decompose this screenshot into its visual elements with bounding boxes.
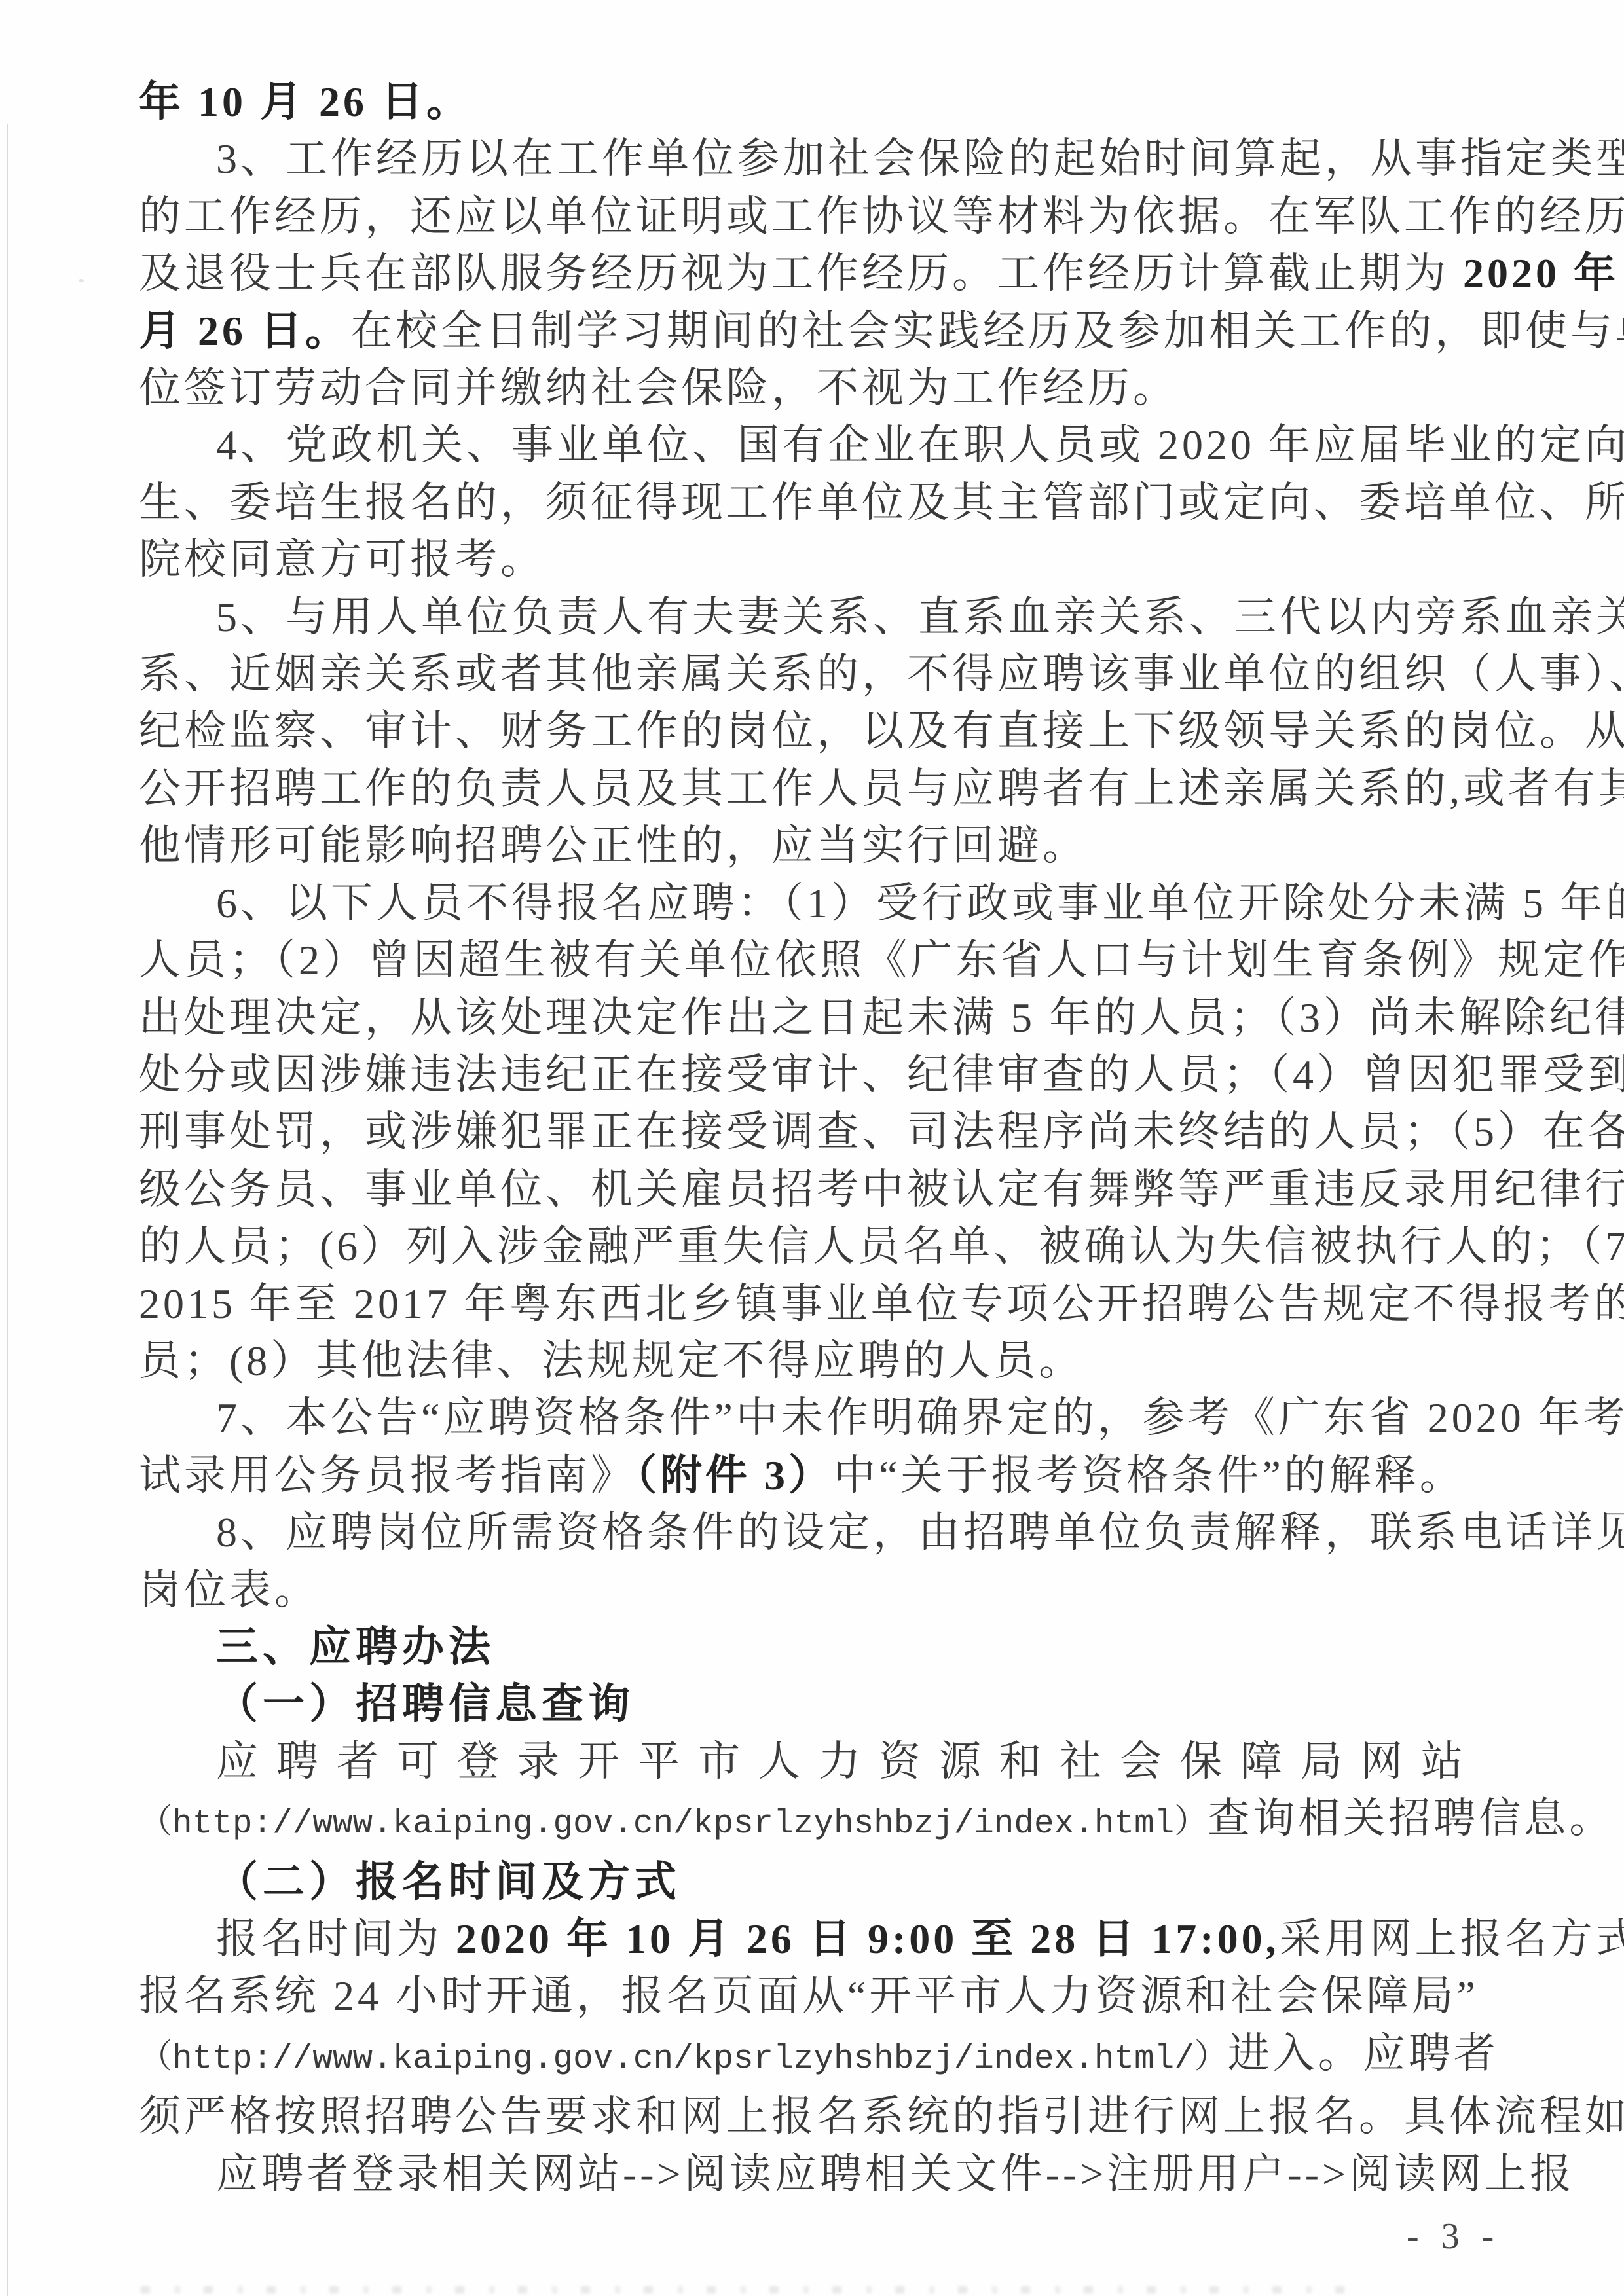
text-line: 年 10 月 26 日。	[139, 73, 1509, 130]
text-line: 出处理决定，从该处理决定作出之日起未满 5 年的人员；（3）尚未解除纪律	[139, 989, 1509, 1046]
text-line: 他情形可能影响招聘公正性的，应当实行回避。	[139, 817, 1509, 874]
text-segment: 查询相关招聘信息。	[1208, 1795, 1614, 1842]
text-line: 的工作经历，还应以单位证明或工作协议等材料为依据。在军队工作的经历以	[139, 188, 1509, 245]
url-text: （http://www.kaiping.gov.cn/kpsrlzyhshbzj…	[139, 2041, 1228, 2078]
text-line: 5、与用人单位负责人有夫妻关系、直系血亲关系、三代以内旁系血亲关	[139, 589, 1509, 646]
text-segment: 4、党政机关、事业单位、国有企业在职人员或 2020 年应届毕业的定向	[216, 422, 1624, 468]
text-segment: 生、委培生报名的，须征得现工作单位及其主管部门或定向、委培单位、所在	[139, 479, 1624, 526]
text-line: 刑事处罚，或涉嫌犯罪正在接受调查、司法程序尚未终结的人员；（5）在各	[139, 1103, 1509, 1160]
text-line: 应聘者登录相关网站-->阅读应聘相关文件-->注册用户-->阅读网上报	[139, 2145, 1509, 2202]
heading-line: （二）报名时间及方式	[139, 1853, 1509, 1910]
text-segment: 公开招聘工作的负责人员及其工作人员与应聘者有上述亲属关系的,或者有其	[139, 765, 1624, 812]
text-line: 2015 年至 2017 年粤东西北乡镇事业单位专项公开招聘公告规定不得报考的人	[139, 1275, 1509, 1332]
text-line: 及退役士兵在部队服务经历视为工作经历。工作经历计算截止期为 2020 年 10	[139, 245, 1509, 302]
text-line: 处分或因涉嫌违法违纪正在接受审计、纪律审查的人员；（4）曾因犯罪受到	[139, 1046, 1509, 1103]
text-segment: 的人员；(6）列入涉金融严重失信人员名单、被确认为失信被执行人的；（7）	[139, 1223, 1624, 1269]
text-segment: 的工作经历，还应以单位证明或工作协议等材料为依据。在军队工作的经历以	[139, 193, 1624, 240]
text-line: 3、工作经历以在工作单位参加社会保险的起始时间算起，从事指定类型	[139, 130, 1509, 187]
scan-artifact-dot	[79, 279, 84, 282]
text-line: 月 26 日。在校全日制学习期间的社会实践经历及参加相关工作的，即使与单	[139, 302, 1509, 359]
text-segment: 3、工作经历以在工作单位参加社会保险的起始时间算起，从事指定类型	[216, 136, 1624, 182]
text-segment: （二）报名时间及方式	[216, 1858, 681, 1905]
text-segment: 三、应聘办法	[216, 1623, 495, 1670]
text-segment: 系、近姻亲关系或者其他亲属关系的，不得应聘该事业单位的组织（人事）、	[139, 651, 1624, 697]
heading-line: （一）招聘信息查询	[139, 1675, 1509, 1732]
text-segment: 年 10 月 26 日。	[139, 79, 471, 125]
text-line: 报名系统 24 小时开通，报名页面从“开平市人力资源和社会保障局”	[139, 1967, 1509, 2024]
text-segment: 7、本公告“应聘资格条件”中未作明确界定的，参考《广东省 2020 年考	[216, 1394, 1624, 1441]
document-text-block: 年 10 月 26 日。3、工作经历以在工作单位参加社会保险的起始时间算起，从事…	[139, 73, 1509, 2202]
text-segment: 岗位表。	[139, 1567, 320, 1613]
text-line: 应聘者可登录开平市人力资源和社会保障局网站	[139, 1733, 1509, 1790]
text-segment: 位签订劳动合同并缴纳社会保险，不视为工作经历。	[139, 365, 1178, 411]
text-segment: 他情形可能影响招聘公正性的，应当实行回避。	[139, 822, 1088, 869]
url-text: （http://www.kaiping.gov.cn/kpsrlzyhshbzj…	[139, 1806, 1208, 1843]
text-segment: 8、应聘岗位所需资格条件的设定，由招聘单位负责解释，联系电话详见	[216, 1509, 1624, 1556]
text-line: 员；(8）其他法律、法规规定不得应聘的人员。	[139, 1332, 1509, 1389]
text-line: 4、党政机关、事业单位、国有企业在职人员或 2020 年应届毕业的定向	[139, 416, 1509, 473]
text-segment: 及退役士兵在部队服务经历视为工作经历。工作经历计算截止期为	[139, 250, 1463, 297]
text-segment: 5、与用人单位负责人有夫妻关系、直系血亲关系、三代以内旁系血亲关	[216, 594, 1624, 640]
text-line: 报名时间为 2020 年 10 月 26 日 9:00 至 28 日 17:00…	[139, 1910, 1509, 1967]
text-segment: 试录用公务员报考指南》	[139, 1452, 636, 1499]
text-line: 7、本公告“应聘资格条件”中未作明确界定的，参考《广东省 2020 年考	[139, 1389, 1509, 1446]
text-segment: 进入。应聘者	[1228, 2030, 1499, 2077]
text-segment: （附件 3）	[636, 1452, 834, 1499]
text-segment: 应聘者登录相关网站-->阅读应聘相关文件-->注册用户-->阅读网上报	[216, 2151, 1575, 2197]
text-line: 8、应聘岗位所需资格条件的设定，由招聘单位负责解释，联系电话详见	[139, 1504, 1509, 1561]
text-segment: （一）招聘信息查询	[216, 1680, 635, 1727]
text-segment: 须严格按照招聘公告要求和网上报名系统的指引进行网上报名。具体流程如下：	[139, 2093, 1624, 2140]
text-segment: 中“关于报考资格条件”的解释。	[834, 1452, 1465, 1499]
page-number: - 3 -	[1407, 2215, 1500, 2257]
text-segment: 纪检监察、审计、财务工作的岗位，以及有直接上下级领导关系的岗位。从事	[139, 708, 1624, 754]
text-segment: 报名系统 24 小时开通，报名页面从“开平市人力资源和社会保障局”	[139, 1973, 1479, 2019]
text-line: 级公务员、事业单位、机关雇员招考中被认定有舞弊等严重违反录用纪律行为	[139, 1161, 1509, 1218]
text-line: 院校同意方可报考。	[139, 531, 1509, 588]
scanned-document-page: 年 10 月 26 日。3、工作经历以在工作单位参加社会保险的起始时间算起，从事…	[0, 0, 1624, 2296]
text-segment: 院校同意方可报考。	[139, 536, 545, 583]
text-line: 系、近姻亲关系或者其他亲属关系的，不得应聘该事业单位的组织（人事）、	[139, 646, 1509, 702]
text-segment: 出处理决定，从该处理决定作出之日起未满 5 年的人员；（3）尚未解除纪律	[139, 994, 1624, 1041]
scan-artifact-left-edge-line	[7, 124, 8, 2296]
text-segment: 在校全日制学习期间的社会实践经历及参加相关工作的，即使与单	[350, 308, 1624, 354]
text-segment: 2020 年 10	[1463, 250, 1624, 297]
text-line: 生、委培生报名的，须征得现工作单位及其主管部门或定向、委培单位、所在	[139, 474, 1509, 531]
text-line: 位签订劳动合同并缴纳社会保险，不视为工作经历。	[139, 359, 1509, 416]
text-segment: 处分或因涉嫌违法违纪正在接受审计、纪律审查的人员；（4）曾因犯罪受到	[139, 1051, 1624, 1098]
text-segment: 刑事处罚，或涉嫌犯罪正在接受调查、司法程序尚未终结的人员；（5）在各	[139, 1108, 1624, 1155]
text-segment: 6、以下人员不得报名应聘：（1）受行政或事业单位开除处分未满 5 年的	[216, 880, 1624, 926]
text-segment: 人员；（2）曾因超生被有关单位依照《广东省人口与计划生育条例》规定作	[139, 937, 1624, 983]
text-segment: 2020 年 10 月 26 日 9:00 至 28 日 17:00,	[456, 1916, 1280, 1962]
text-line: 的人员；(6）列入涉金融严重失信人员名单、被确认为失信被执行人的；（7）	[139, 1218, 1509, 1275]
text-line: 纪检监察、审计、财务工作的岗位，以及有直接上下级领导关系的岗位。从事	[139, 702, 1509, 759]
text-segment: 级公务员、事业单位、机关雇员招考中被认定有舞弊等严重违反录用纪律行为	[139, 1166, 1624, 1212]
text-segment: 报名时间为	[216, 1916, 456, 1962]
text-line: 试录用公务员报考指南》（附件 3）中“关于报考资格条件”的解释。	[139, 1447, 1509, 1504]
text-segment: 采用网上报名方式。	[1280, 1916, 1624, 1962]
scan-artifact-bottom-smudge	[141, 2286, 1365, 2293]
text-line: （http://www.kaiping.gov.cn/kpsrlzyhshbzj…	[139, 1790, 1509, 1853]
heading-line: 三、应聘办法	[139, 1618, 1509, 1675]
text-line: 人员；（2）曾因超生被有关单位依照《广东省人口与计划生育条例》规定作	[139, 932, 1509, 989]
text-line: 须严格按照招聘公告要求和网上报名系统的指引进行网上报名。具体流程如下：	[139, 2088, 1509, 2145]
text-segment: 应聘者可登录开平市人力资源和社会保障局网站	[216, 1738, 1481, 1785]
text-line: 公开招聘工作的负责人员及其工作人员与应聘者有上述亲属关系的,或者有其	[139, 760, 1509, 817]
text-line: （http://www.kaiping.gov.cn/kpsrlzyhshbzj…	[139, 2025, 1509, 2088]
text-line: 6、以下人员不得报名应聘：（1）受行政或事业单位开除处分未满 5 年的	[139, 875, 1509, 932]
text-segment: 月 26 日。	[139, 308, 350, 354]
text-line: 岗位表。	[139, 1561, 1509, 1618]
text-segment: 员；(8）其他法律、法规规定不得应聘的人员。	[139, 1338, 1084, 1384]
text-segment: 2015 年至 2017 年粤东西北乡镇事业单位专项公开招聘公告规定不得报考的人	[139, 1281, 1624, 1327]
